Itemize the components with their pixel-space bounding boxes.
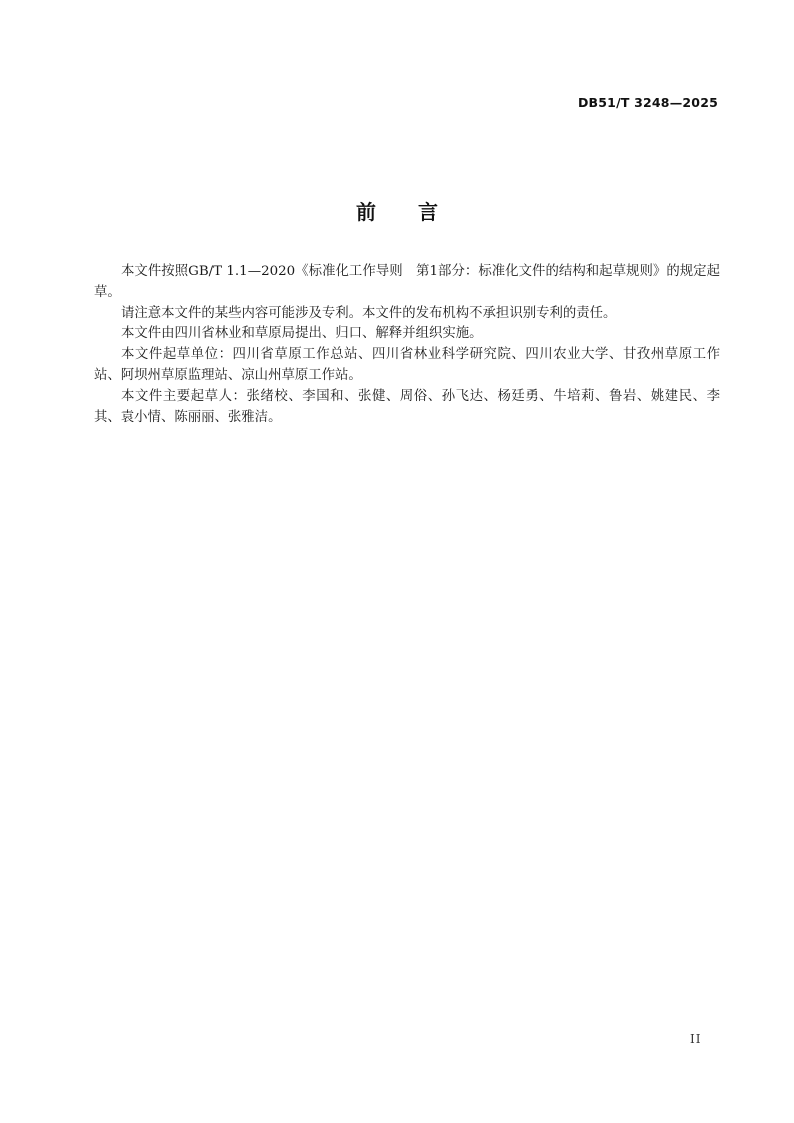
title-char-2: 言 <box>418 196 438 225</box>
document-code: DB51/T 3248—2025 <box>578 95 718 110</box>
paragraph-drafters: 本文件主要起草人：张绪校、李国和、张健、周俗、孙飞达、杨廷勇、牛培莉、鲁岩、姚建… <box>94 387 720 429</box>
paragraph-drafting-units: 本文件起草单位：四川省草原工作总站、四川省林业科学研究院、四川农业大学、甘孜州草… <box>94 345 720 387</box>
paragraph-patent-notice: 请注意本文件的某些内容可能涉及专利。本文件的发布机构不承担识别专利的责任。 <box>94 304 720 325</box>
paragraph-drafting-rules: 本文件按照GB/T 1.1—2020《标准化工作导则 第1部分：标准化文件的结构… <box>94 262 720 304</box>
paragraph-proposer: 本文件由四川省林业和草原局提出、归口、解释并组织实施。 <box>94 324 720 345</box>
page-number: II <box>690 1032 701 1046</box>
page-title: 前言 <box>0 196 794 225</box>
title-char-1: 前 <box>356 196 376 225</box>
foreword-body: 本文件按照GB/T 1.1—2020《标准化工作导则 第1部分：标准化文件的结构… <box>94 262 720 428</box>
